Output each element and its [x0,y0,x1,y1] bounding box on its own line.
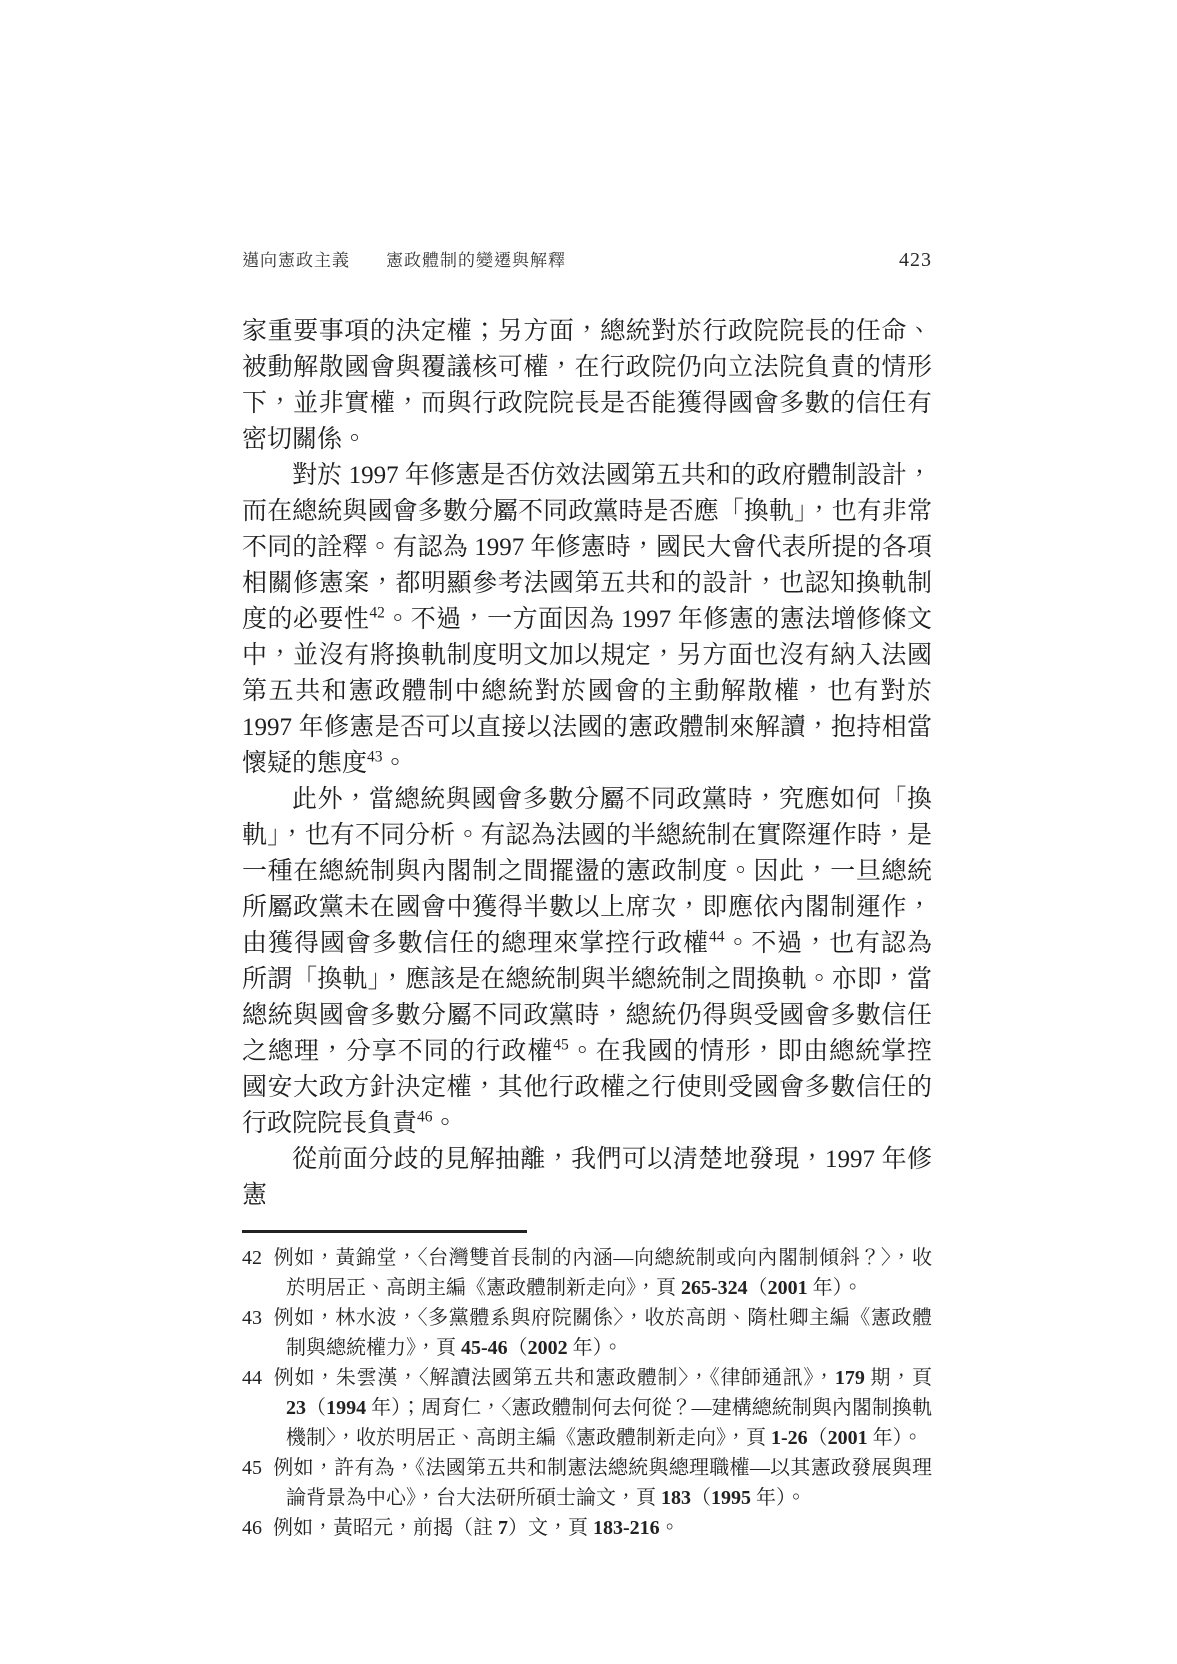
footnote-number: 44 [242,1367,262,1389]
footnote-reference: 44 [709,929,725,946]
numeral-text: 1997 [621,606,671,633]
page-number: 423 [899,249,932,272]
numeral-text: 265-324 [681,1277,748,1299]
footnote-separator [242,1230,527,1233]
cjk-text: 年修憲是否可以直接以法國的憲政體制來解讀，抱持相當懷疑的態度 [242,714,932,777]
footnote-reference: 43 [367,749,383,766]
footnote-number: 43 [242,1307,262,1329]
footnote-number: 42 [242,1247,262,1269]
cjk-text: （ [508,1337,528,1359]
cjk-text: （ [808,1427,828,1449]
numeral-text: 1997 [825,1146,875,1173]
numeral-text: 183 [661,1487,691,1509]
cjk-text: 。 [433,1110,458,1137]
numeral-text: 45-46 [461,1337,508,1359]
cjk-text: 。 [660,1517,680,1539]
cjk-text: 家重要事項的決定權；另方面，總統對於行政院院長的任命、被動解散國會與覆議核可權，… [242,318,932,453]
running-title: 邁向憲政主義 憲政體制的變遷與解釋 [242,246,566,271]
cjk-text: （ [748,1277,768,1299]
footnote-item: 43例如，林水波，〈多黨體系與府院關係〉，收於高朗、隋杜卿主編《憲政體制與總統權… [242,1303,932,1363]
cjk-text: ）文，頁 [508,1517,593,1539]
footnote-reference: 42 [369,605,385,622]
numeral-text: 2001 [768,1277,808,1299]
cjk-text: 從前面分歧的見解抽離，我們可以清楚地發現， [292,1146,825,1173]
numeral-text: 1995 [711,1487,751,1509]
cjk-text: （ [691,1487,711,1509]
numeral-text: 1997 [242,714,292,741]
numeral-text: 23 [286,1397,306,1419]
numeral-text: 1997 [474,534,524,561]
page-content: 邁向憲政主義 憲政體制的變遷與解釋 423 家重要事項的決定權；另方面，總統對於… [242,246,932,1543]
footnote-item: 42例如，黃錦堂，〈台灣雙首長制的內涵—向總統制或向內閣制傾斜？〉，收於明居正、… [242,1243,932,1303]
numeral-text: 1-26 [771,1427,808,1449]
cjk-text: （ [306,1397,326,1419]
numeral-text: 7 [498,1517,508,1539]
footnote-number: 45 [242,1457,262,1479]
numeral-text: 179 [835,1367,865,1389]
body-paragraph: 此外，當總統與國會多數分屬不同政黨時，究應如何「換軌」，也有不同分析。有認為法國… [242,782,932,1142]
cjk-text: 例如，朱雲漢，〈解讀法國第五共和憲政體制〉，《律師通訊》， [273,1367,835,1389]
footnotes-list: 42例如，黃錦堂，〈台灣雙首長制的內涵—向總統制或向內閣制傾斜？〉，收於明居正、… [242,1243,932,1543]
footnote-reference: 46 [417,1109,433,1126]
cjk-text: 年）。 [751,1487,806,1509]
footnote-item: 46例如，黃昭元，前揭（註 7）文，頁 183-216。 [242,1513,932,1543]
body-paragraph: 對於 1997 年修憲是否仿效法國第五共和的政府體制設計，而在總統與國會多數分屬… [242,458,932,782]
numeral-text: 1994 [326,1397,366,1419]
cjk-text: 。不過，一方面因為 [385,606,621,633]
numeral-text: 2001 [828,1427,868,1449]
cjk-text: 期，頁 [865,1367,932,1389]
body-text: 家重要事項的決定權；另方面，總統對於行政院院長的任命、被動解散國會與覆議核可權，… [242,314,932,1214]
footnote-item: 45例如，許有為，《法國第五共和制憲法總統與總理職權—以其憲政發展與理論背景為中… [242,1453,932,1513]
page-header: 邁向憲政主義 憲政體制的變遷與解釋 423 [242,246,932,272]
cjk-text: 對於 [292,462,349,489]
footnote-item: 44例如，朱雲漢，〈解讀法國第五共和憲政體制〉，《律師通訊》，179 期，頁 2… [242,1363,932,1453]
document-page: 邁向憲政主義 憲政體制的變遷與解釋 423 家重要事項的決定權；另方面，總統對於… [0,0,1177,1664]
cjk-text: 例如，黃昭元，前揭（註 [273,1517,498,1539]
cjk-text: 。 [383,750,408,777]
body-paragraph: 家重要事項的決定權；另方面，總統對於行政院院長的任命、被動解散國會與覆議核可權，… [242,314,932,458]
body-paragraph: 從前面分歧的見解抽離，我們可以清楚地發現，1997 年修憲 [242,1142,932,1214]
cjk-text: 例如，許有為，《法國第五共和制憲法總統與總理職權—以其憲政發展與理論背景為中心》… [273,1457,932,1509]
numeral-text: 2002 [528,1337,568,1359]
cjk-text: 年）。 [568,1337,623,1359]
cjk-text: 年）。 [808,1277,863,1299]
numeral-text: 183-216 [593,1517,660,1539]
footnote-number: 46 [242,1517,262,1539]
numeral-text: 1997 [349,462,399,489]
cjk-text: 年）。 [868,1427,923,1449]
footnote-reference: 45 [553,1037,569,1054]
